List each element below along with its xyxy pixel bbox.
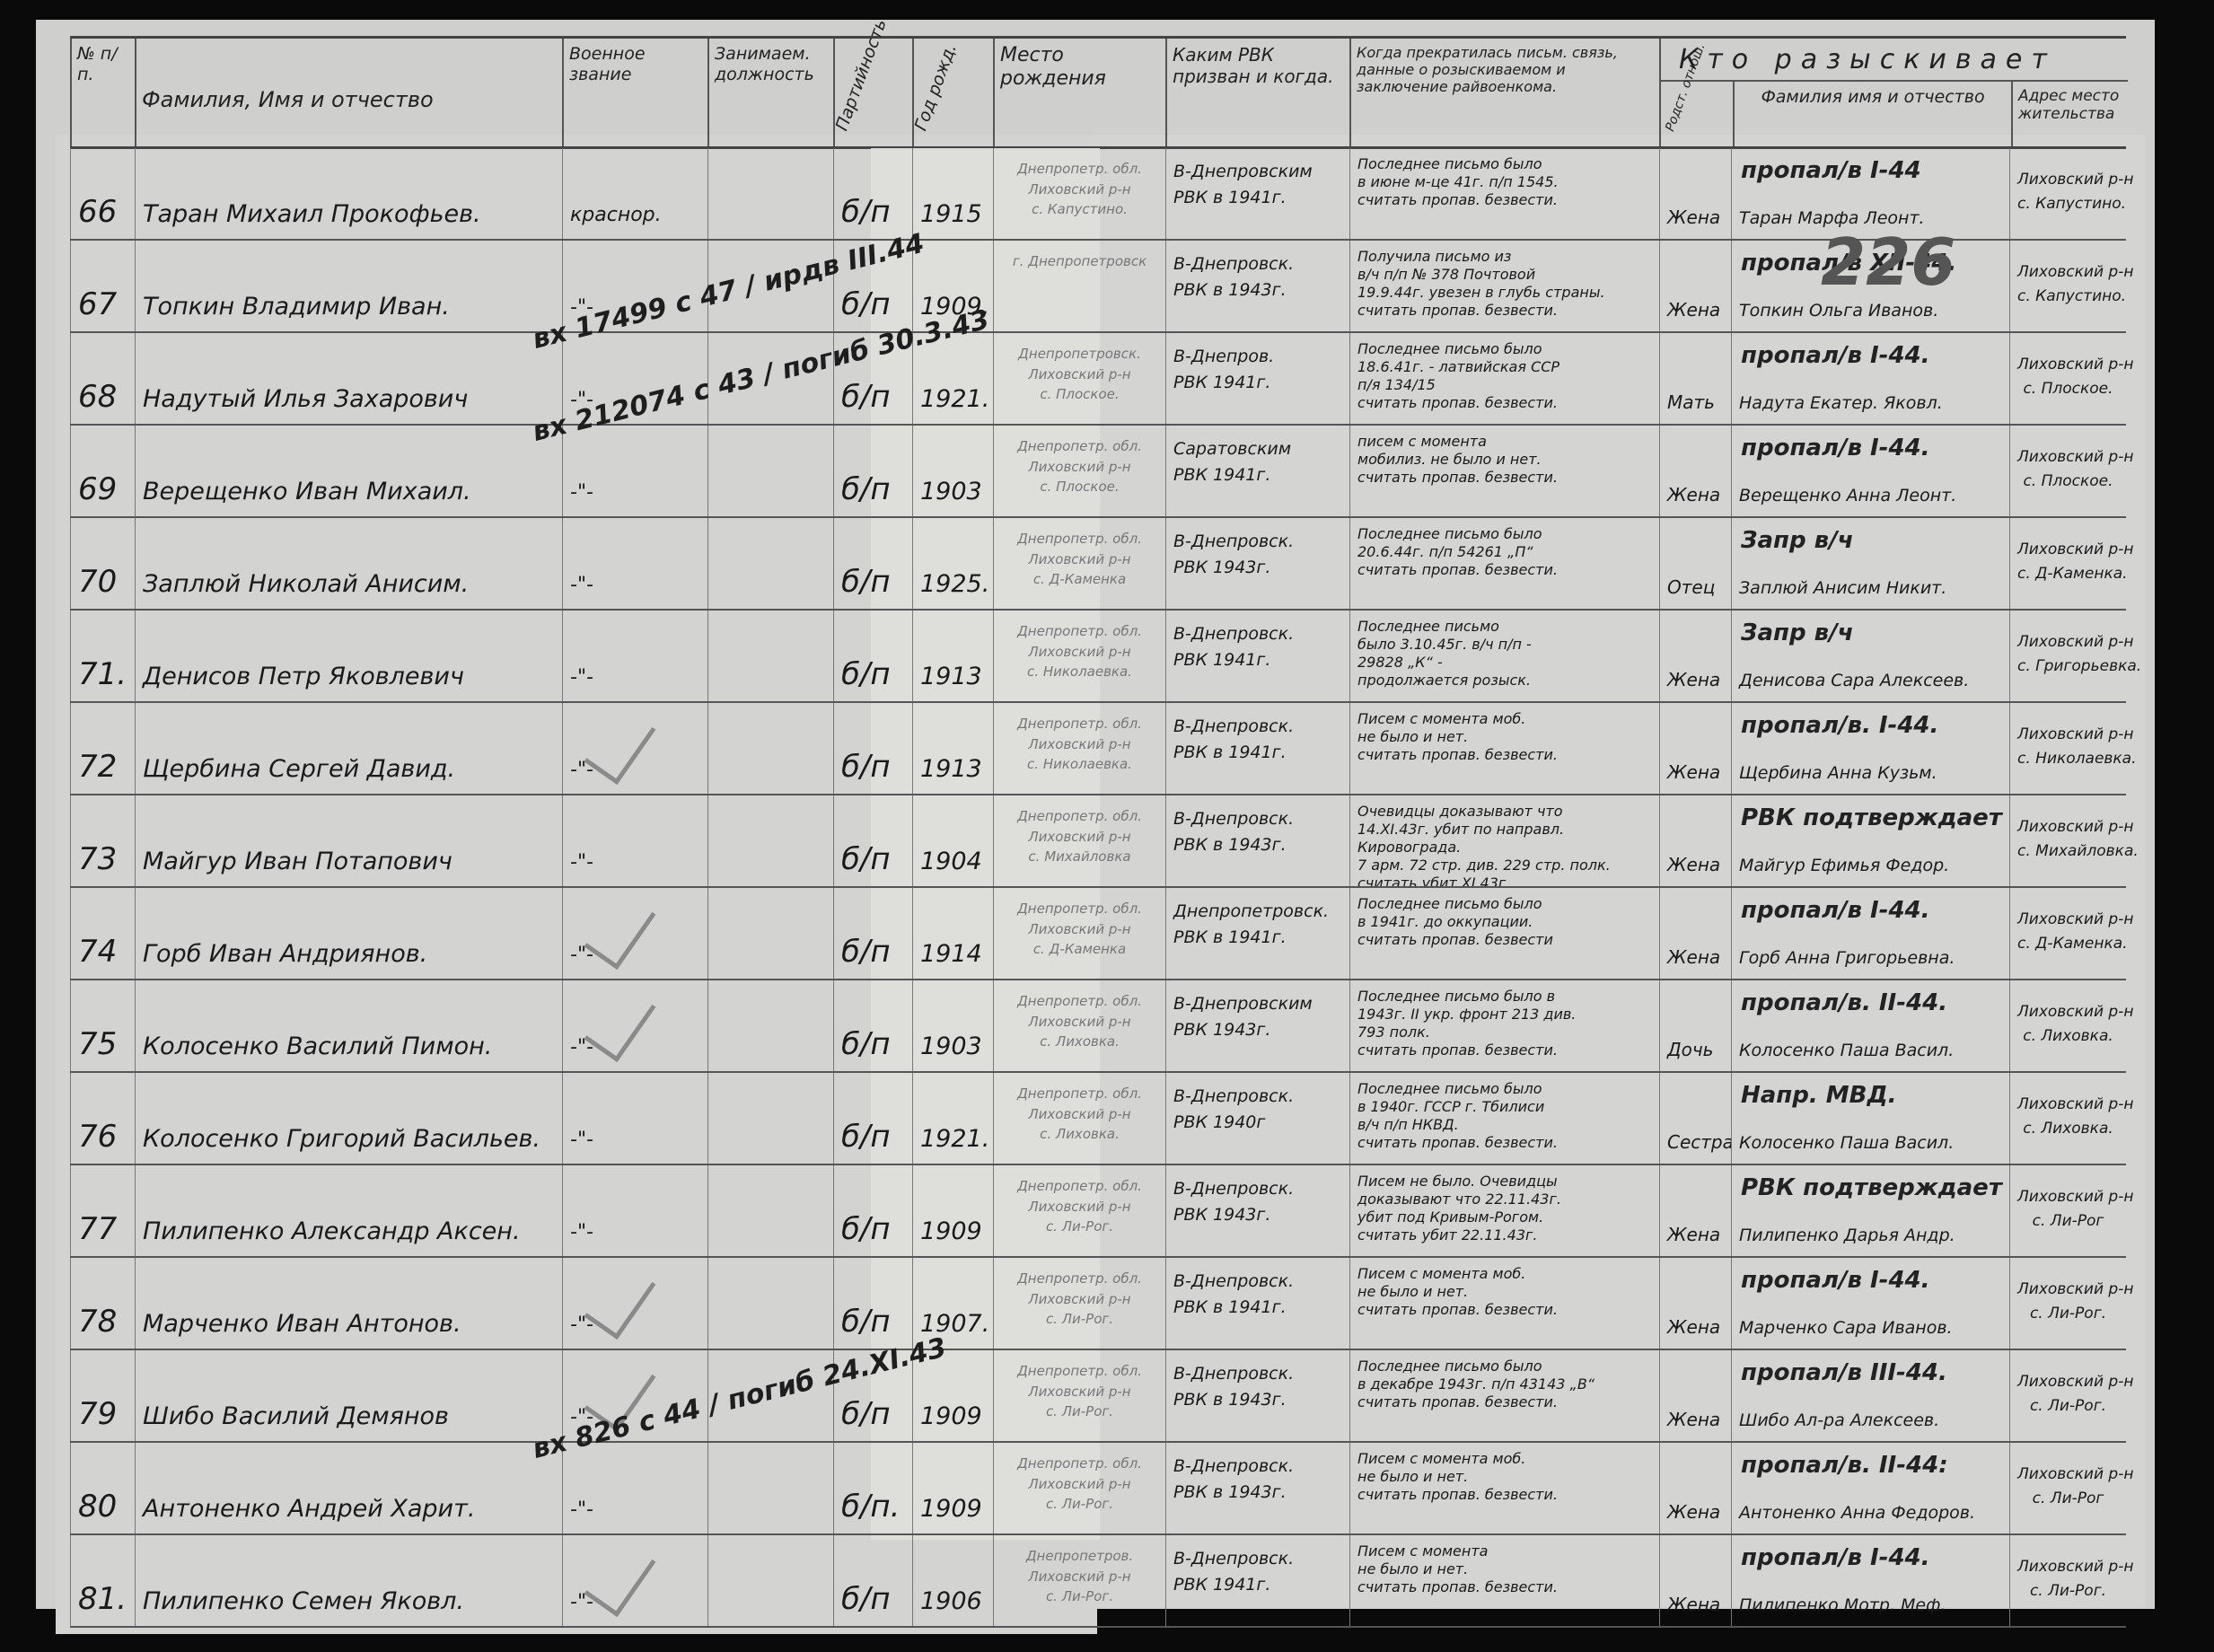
rvk-line: РВК в 1941г. bbox=[1173, 185, 1342, 211]
birthplace-line: Лиховский р-н bbox=[1001, 1197, 1158, 1217]
last-contact-note: Последнее письмо было18.6.41г. - латвийс… bbox=[1349, 333, 1659, 424]
last-line: Очевидцы доказывают что bbox=[1357, 803, 1652, 821]
last-line: Последнее письмо было bbox=[1357, 340, 1652, 358]
birthplace: Днепропетр. обл.Лиховский р-нс. Ли-Рог. bbox=[993, 1165, 1165, 1256]
last-line: в 1941г. до оккупации. bbox=[1357, 913, 1652, 931]
searcher-name: Марченко Сара Иванов. bbox=[1739, 1318, 1953, 1338]
last-line: Писем с момента bbox=[1357, 1542, 1652, 1560]
draft-office: В-ДнепровскимРВК в 1941г. bbox=[1165, 148, 1349, 239]
address-line: Лиховский р-н bbox=[2017, 1555, 2119, 1579]
searcher-address: Лиховский р-нс. Ли-Рог. bbox=[2009, 1350, 2126, 1441]
birth-year: 1913 bbox=[912, 703, 993, 794]
last-line: считать пропав. безвести. bbox=[1357, 394, 1652, 412]
military-rank: краснор. bbox=[562, 148, 707, 239]
search-status-note: Напр. МВД. bbox=[1741, 1082, 1897, 1109]
address-line: с. Лиховка. bbox=[2017, 1024, 2119, 1049]
draft-office: Днепропетровск.РВК в 1941г. bbox=[1165, 888, 1349, 979]
birth-year: 1914 bbox=[912, 888, 993, 979]
searcher-address: Лиховский р-нс. Капустино. bbox=[2009, 241, 2126, 331]
birthplace: Днепропетр. обл.Лиховский р-нс. Николаев… bbox=[993, 611, 1165, 701]
searcher-address: Лиховский р-нс. Ли-Рог bbox=[2009, 1443, 2126, 1533]
rvk-line: РВК в 1943г. bbox=[1173, 277, 1342, 303]
last-contact-note: Последнее письмо былов 1941г. до оккупац… bbox=[1349, 888, 1659, 979]
table-row: 74 Горб Иван Андриянов. -"- б/п 1914 Дне… bbox=[70, 888, 2126, 980]
searcher-relation: Жена bbox=[1659, 703, 1731, 794]
birthplace-line: Днепропетр. обл. bbox=[1001, 621, 1158, 642]
rvk-line: РВК 1941г. bbox=[1173, 1572, 1342, 1598]
last-line: считать пропав. безвести. bbox=[1357, 469, 1652, 487]
last-contact-note: Писем с момента моб.не было и нет.считат… bbox=[1349, 703, 1659, 794]
last-line: мобилиз. не было и нет. bbox=[1357, 451, 1652, 469]
birthplace: г. Днепропетровск bbox=[993, 241, 1165, 331]
table-row: 81. Пилипенко Семен Яковл. -"- б/п 1906 … bbox=[70, 1535, 2126, 1628]
header-relation: Родст. отнош. bbox=[1661, 82, 1733, 146]
last-line: не было и нет. bbox=[1357, 1560, 1652, 1578]
person-name: Антоненко Андрей Харит. bbox=[135, 1443, 562, 1533]
position bbox=[707, 1535, 833, 1626]
rvk-line: РВК 1940г bbox=[1173, 1110, 1342, 1136]
searcher-relation: Жена bbox=[1659, 148, 1731, 239]
birthplace-line: Лиховский р-н bbox=[1001, 180, 1158, 200]
birthplace: Днепропетр. обл.Лиховский р-нс. Ли-Рог. bbox=[993, 1258, 1165, 1349]
last-line: 793 полк. bbox=[1357, 1024, 1652, 1041]
rvk-line: В-Днепровск. bbox=[1173, 1454, 1342, 1480]
searcher-cell: пропал/в. I-44. Щербина Анна Кузьм. bbox=[1731, 703, 2009, 794]
header-kto-razyskivaet: Кто разыскивает bbox=[1661, 39, 2128, 82]
birthplace-line: Днепропетр. обл. bbox=[1001, 1361, 1158, 1382]
searcher-address: Лиховский р-нс. Капустино. bbox=[2009, 148, 2126, 239]
search-status-note: пропал/в. II-44: bbox=[1741, 1452, 1948, 1479]
searcher-name: Пилипенко Дарья Андр. bbox=[1739, 1226, 1955, 1245]
last-line: Последнее письмо было в bbox=[1357, 988, 1652, 1006]
searcher-name: Антоненко Анна Федоров. bbox=[1739, 1503, 1975, 1523]
birthplace-line: с. Ли-Рог. bbox=[1001, 1586, 1158, 1607]
rvk-line: РВК 1943г. bbox=[1173, 1202, 1342, 1228]
position bbox=[707, 148, 833, 239]
birthplace-line: с. Ли-Рог. bbox=[1001, 1217, 1158, 1237]
rvk-line: В-Днепровск. bbox=[1173, 1084, 1342, 1110]
searcher-relation: Жена bbox=[1659, 1258, 1731, 1349]
birth-year: 1903 bbox=[912, 426, 993, 516]
birth-year: 1904 bbox=[912, 795, 993, 886]
draft-office: В-Днепровск.РВК 1940г bbox=[1165, 1073, 1349, 1164]
last-line: п/я 134/15 bbox=[1357, 376, 1652, 394]
address-line: с. Плоское. bbox=[2017, 470, 2119, 494]
page-number-stamp: 226 bbox=[1821, 224, 1955, 300]
last-contact-note: Получила письмо изв/ч п/п № 378 Почтовой… bbox=[1349, 241, 1659, 331]
address-line: с. Ли-Рог. bbox=[2017, 1302, 2119, 1326]
military-rank: -"- bbox=[562, 1443, 707, 1533]
rvk-line: РВК в 1941г. bbox=[1173, 740, 1342, 766]
address-line: Лиховский р-н bbox=[2017, 168, 2119, 192]
birthplace-line: Лиховский р-н bbox=[1001, 1289, 1158, 1310]
position bbox=[707, 980, 833, 1071]
rvk-line: РВК 1941г. bbox=[1173, 647, 1342, 673]
birthplace: Днепропетр. обл.Лиховский р-нс. Лиховка. bbox=[993, 1073, 1165, 1164]
last-line: считать пропав. безвести. bbox=[1357, 1301, 1652, 1319]
rvk-line: В-Днепровск. bbox=[1173, 1546, 1342, 1572]
row-number: 79 bbox=[70, 1350, 135, 1441]
birthplace-line: Днепропетр. обл. bbox=[1001, 1454, 1158, 1474]
birthplace-line: Лиховский р-н bbox=[1001, 1012, 1158, 1032]
last-line: Получила письмо из bbox=[1357, 248, 1652, 266]
last-line: 29828 „К“ - bbox=[1357, 654, 1652, 672]
rvk-line: В-Днепровск. bbox=[1173, 714, 1342, 740]
table-row: 71. Денисов Петр Яковлевич -"- б/п 1913 … bbox=[70, 611, 2126, 703]
party-status: б/п bbox=[833, 611, 912, 701]
party-status: б/п bbox=[833, 980, 912, 1071]
birthplace-line: Днепропетров. bbox=[1001, 1546, 1158, 1567]
searcher-cell: пропал/в. II-44. Колосенко Паша Васил. bbox=[1731, 980, 2009, 1071]
search-status-note: пропал/в I-44. bbox=[1741, 1267, 1930, 1294]
address-line: с. Д-Каменка. bbox=[2017, 932, 2119, 956]
birth-year: 1925. bbox=[912, 518, 993, 609]
rvk-line: В-Днепровск. bbox=[1173, 251, 1342, 277]
last-contact-note: Последнее письмо былов июне м-це 41г. п/… bbox=[1349, 148, 1659, 239]
header-last-contact: Когда прекратилась письм. связь, данные … bbox=[1349, 39, 1659, 146]
person-name: Таран Михаил Прокофьев. bbox=[135, 148, 562, 239]
draft-office: В-Днепровск.РВК в 1943г. bbox=[1165, 795, 1349, 886]
birthplace: Днепропетр. обл.Лиховский р-нс. Ли-Рог. bbox=[993, 1443, 1165, 1533]
header-party: Партийность bbox=[833, 39, 912, 146]
person-name: Колосенко Григорий Васильев. bbox=[135, 1073, 562, 1164]
birthplace: Днепропетр. обл.Лиховский р-нс. Капустин… bbox=[993, 148, 1165, 239]
header-rank: Военное звание bbox=[562, 39, 707, 146]
last-line: было 3.10.45г. в/ч п/п - bbox=[1357, 636, 1652, 654]
last-line: 20.6.44г. п/п 54261 „П“ bbox=[1357, 543, 1652, 561]
party-status: б/п bbox=[833, 1535, 912, 1626]
searcher-cell: пропал/в I-44. Надута Екатер. Яковл. bbox=[1731, 333, 2009, 424]
rvk-line: РВК в 1943г. bbox=[1173, 1480, 1342, 1506]
address-line: Лиховский р-н bbox=[2017, 353, 2119, 377]
position bbox=[707, 1258, 833, 1349]
party-status: б/п bbox=[833, 1258, 912, 1349]
draft-office: В-Днепровск.РВК 1943г. bbox=[1165, 518, 1349, 609]
last-line: Писем с момента моб. bbox=[1357, 1265, 1652, 1283]
last-contact-note: Последнее письмо было20.6.44г. п/п 54261… bbox=[1349, 518, 1659, 609]
last-line: считать пропав. безвести. bbox=[1357, 1393, 1652, 1411]
last-line: в/ч п/п НКВД. bbox=[1357, 1116, 1652, 1134]
table-row: 72 Щербина Сергей Давид. -"- б/п 1913 Дн… bbox=[70, 703, 2126, 795]
table-row: 79 Шибо Василий Демянов -"- б/п 1909 Дне… bbox=[70, 1350, 2126, 1443]
birthplace: Днепропетр. обл.Лиховский р-нс. Плоское. bbox=[993, 426, 1165, 516]
address-line: с. Плоское. bbox=[2017, 377, 2119, 401]
address-line: Лиховский р-н bbox=[2017, 1463, 2119, 1487]
last-line: считать пропав. безвести. bbox=[1357, 1578, 1652, 1596]
row-number: 70 bbox=[70, 518, 135, 609]
search-status-note: пропал/в. II-44. bbox=[1741, 989, 1947, 1016]
searcher-address: Лиховский р-нс. Ли-Рог. bbox=[2009, 1258, 2126, 1349]
search-status-note: пропал/в I-44. bbox=[1741, 435, 1930, 461]
header-address: Адрес место жительства bbox=[2011, 82, 2128, 146]
table-row: 73 Майгур Иван Потапович -"- б/п 1904 Дн… bbox=[70, 795, 2126, 888]
searcher-name: Надута Екатер. Яковл. bbox=[1739, 393, 1943, 413]
birthplace-line: с. Д-Каменка bbox=[1001, 569, 1158, 590]
rvk-line: В-Днепров. bbox=[1173, 344, 1342, 370]
row-number: 68 bbox=[70, 333, 135, 424]
birthplace-line: Лиховский р-н bbox=[1001, 1104, 1158, 1125]
searcher-cell: Запр в/ч Денисова Сара Алексеев. bbox=[1731, 611, 2009, 701]
draft-office: В-Днепровск.РВК в 1943г. bbox=[1165, 1350, 1349, 1441]
searcher-cell: пропал/в I-44. Марченко Сара Иванов. bbox=[1731, 1258, 2009, 1349]
table-row: 76 Колосенко Григорий Васильев. -"- б/п … bbox=[70, 1073, 2126, 1165]
searcher-relation: Дочь bbox=[1659, 980, 1731, 1071]
birthplace-line: Днепропетр. обл. bbox=[1001, 899, 1158, 919]
searcher-name: Пилипенко Мотр. Меф. bbox=[1739, 1595, 1946, 1615]
address-line: с. Григорьевка. bbox=[2017, 655, 2119, 679]
last-contact-note: Писем с моментане было и нет.считать про… bbox=[1349, 1535, 1659, 1626]
birth-year: 1915 bbox=[912, 148, 993, 239]
searcher-name: Шибо Ал-ра Алексеев. bbox=[1739, 1410, 1939, 1430]
searcher-relation: Жена bbox=[1659, 241, 1731, 331]
rvk-line: В-Днепровским bbox=[1173, 991, 1342, 1017]
last-line: Последнее письмо было bbox=[1357, 1358, 1652, 1375]
header-birth-year: Год рожд. bbox=[912, 39, 993, 146]
party-status: б/п bbox=[833, 888, 912, 979]
table-row: 77 Пилипенко Александр Аксен. -"- б/п 19… bbox=[70, 1165, 2126, 1258]
searcher-cell: пропал/в I-44. Горб Анна Григорьевна. bbox=[1731, 888, 2009, 979]
last-contact-note: Последнее письмо было в1943г. II укр. фр… bbox=[1349, 980, 1659, 1071]
party-status: б/п bbox=[833, 518, 912, 609]
searcher-name: Колосенко Паша Васил. bbox=[1739, 1133, 1954, 1153]
searcher-address: Лиховский р-нс. Лиховка. bbox=[2009, 1073, 2126, 1164]
searcher-address: Лиховский р-нс. Лиховка. bbox=[2009, 980, 2126, 1071]
last-line: в июне м-це 41г. п/п 1545. bbox=[1357, 173, 1652, 191]
draft-office: В-Днепров.РВК 1941г. bbox=[1165, 333, 1349, 424]
birthplace-line: с. Плоское. bbox=[1001, 384, 1158, 405]
address-line: Лиховский р-н bbox=[2017, 1093, 2119, 1117]
military-rank: -"- bbox=[562, 611, 707, 701]
rvk-line: В-Днепровск. bbox=[1173, 1269, 1342, 1295]
person-name: Денисов Петр Яковлевич bbox=[135, 611, 562, 701]
birth-year: 1907. bbox=[912, 1258, 993, 1349]
birthplace-line: с. Николаевка. bbox=[1001, 754, 1158, 775]
last-line: считать пропав. безвести. bbox=[1357, 302, 1652, 320]
searcher-name: Майгур Ефимья Федор. bbox=[1739, 856, 1949, 875]
table-row: 68 Надутый Илья Захарович -"- б/п 1921. … bbox=[70, 333, 2126, 426]
last-line: убит под Кривым-Рогом. bbox=[1357, 1208, 1652, 1226]
address-line: с. Д-Каменка. bbox=[2017, 562, 2119, 586]
searcher-address: Лиховский р-нс. Михайловка. bbox=[2009, 795, 2126, 886]
last-line: Последнее письмо было bbox=[1357, 155, 1652, 173]
searcher-address: Лиховский р-нс. Ли-Рог bbox=[2009, 1165, 2126, 1256]
last-line: считать пропав. безвести. bbox=[1357, 746, 1652, 764]
birthplace-line: Лиховский р-н bbox=[1001, 919, 1158, 940]
draft-office: В-Днепровск.РВК 1941г. bbox=[1165, 1535, 1349, 1626]
party-status: б/п bbox=[833, 426, 912, 516]
searcher-cell: пропал/в I-44. Пилипенко Мотр. Меф. bbox=[1731, 1535, 2009, 1626]
last-line: 19.9.44г. увезен в глубь страны. bbox=[1357, 284, 1652, 302]
party-status: б/п bbox=[833, 1073, 912, 1164]
address-line: Лиховский р-н bbox=[2017, 1370, 2119, 1394]
draft-office: В-Днепровск.РВК в 1941г. bbox=[1165, 1258, 1349, 1349]
last-line: Писем не было. Очевидцы bbox=[1357, 1173, 1652, 1191]
draft-office: В-Днепровск.РВК в 1941г. bbox=[1165, 703, 1349, 794]
last-line: не было и нет. bbox=[1357, 1468, 1652, 1486]
last-line: Последнее письмо было bbox=[1357, 1080, 1652, 1098]
birthplace-line: Лиховский р-н bbox=[1001, 1567, 1158, 1587]
row-number: 71. bbox=[70, 611, 135, 701]
last-line: 1943г. II укр. фронт 213 див. bbox=[1357, 1006, 1652, 1024]
last-line: в/ч п/п № 378 Почтовой bbox=[1357, 266, 1652, 284]
header-searcher-name: Фамилия имя и отчество bbox=[1733, 82, 2011, 146]
searcher-relation: Жена bbox=[1659, 426, 1731, 516]
birthplace-line: с. Лиховка. bbox=[1001, 1032, 1158, 1052]
table-row: 66 Таран Михаил Прокофьев. краснор. б/п … bbox=[70, 148, 2126, 241]
rvk-line: РВК 1941г. bbox=[1173, 370, 1342, 396]
address-line: Лиховский р-н bbox=[2017, 630, 2119, 655]
search-status-note: пропал/в. I-44. bbox=[1741, 712, 1938, 739]
address-line: с. Николаевка. bbox=[2017, 747, 2119, 771]
last-contact-note: Последнее письмо былов 1940г. ГССР г. Тб… bbox=[1349, 1073, 1659, 1164]
last-line: считать пропав. безвести. bbox=[1357, 1041, 1652, 1059]
last-line: считать пропав. безвести. bbox=[1357, 1134, 1652, 1152]
birth-year: 1909 bbox=[912, 1165, 993, 1256]
party-status: б/п bbox=[833, 148, 912, 239]
row-number: 75 bbox=[70, 980, 135, 1071]
last-contact-note: Последнее письмо былов декабре 1943г. п/… bbox=[1349, 1350, 1659, 1441]
birth-year: 1913 bbox=[912, 611, 993, 701]
birthplace-line: Лиховский р-н bbox=[1001, 827, 1158, 848]
searcher-relation: Жена bbox=[1659, 1443, 1731, 1533]
last-line: Последнее письмо было bbox=[1357, 895, 1652, 913]
searcher-relation: Жена bbox=[1659, 611, 1731, 701]
rvk-line: В-Днепровск. bbox=[1173, 621, 1342, 647]
birthplace-line: с. Михайловка bbox=[1001, 847, 1158, 867]
searcher-relation: Жена bbox=[1659, 1535, 1731, 1626]
position bbox=[707, 1073, 833, 1164]
person-name: Топкин Владимир Иван. bbox=[135, 241, 562, 331]
searcher-cell: РВК подтверждает гибель Пилипенко Дарья … bbox=[1731, 1165, 2009, 1256]
birthplace-line: Лиховский р-н bbox=[1001, 457, 1158, 478]
birthplace-line: Днепропетр. обл. bbox=[1001, 714, 1158, 734]
row-number: 78 bbox=[70, 1258, 135, 1349]
birthplace-line: Днепропетр. обл. bbox=[1001, 159, 1158, 180]
birthplace-line: Лиховский р-н bbox=[1001, 1474, 1158, 1495]
birthplace-line: с. Ли-Рог. bbox=[1001, 1309, 1158, 1330]
header-rvk: Каким РВК призван и когда. bbox=[1165, 39, 1349, 146]
position bbox=[707, 795, 833, 886]
searcher-name: Верещенко Анна Леонт. bbox=[1739, 486, 1956, 505]
table-row: 67 Топкин Владимир Иван. -"- б/п 1909. г… bbox=[70, 241, 2126, 333]
searcher-cell: РВК подтверждает гибель Майгур Ефимья Фе… bbox=[1731, 795, 2009, 886]
address-line: с. Ли-Рог. bbox=[2017, 1579, 2119, 1604]
person-name: Майгур Иван Потапович bbox=[135, 795, 562, 886]
birthplace-line: Днепропетр. обл. bbox=[1001, 1084, 1158, 1104]
position bbox=[707, 426, 833, 516]
position bbox=[707, 611, 833, 701]
searcher-cell: пропал/в I-44. Верещенко Анна Леонт. bbox=[1731, 426, 2009, 516]
draft-office: СаратовскимРВК 1941г. bbox=[1165, 426, 1349, 516]
birth-year: 1921. bbox=[912, 1073, 993, 1164]
searcher-address: Лиховский р-нс. Д-Каменка. bbox=[2009, 518, 2126, 609]
table-row: 70 Заплюй Николай Анисим. -"- б/п 1925. … bbox=[70, 518, 2126, 611]
search-status-note: пропал/в III-44. bbox=[1741, 1359, 1947, 1386]
searcher-cell: пропал/в III-44. Шибо Ал-ра Алексеев. bbox=[1731, 1350, 2009, 1441]
last-line: считать пропав. безвести. bbox=[1357, 561, 1652, 579]
military-rank: -"- bbox=[562, 795, 707, 886]
last-line: не было и нет. bbox=[1357, 1283, 1652, 1301]
search-status-note: пропал/в I-44. bbox=[1741, 1544, 1930, 1571]
address-line: Лиховский р-н bbox=[2017, 1278, 2119, 1302]
birthplace: Днепропетров.Лиховский р-нс. Ли-Рог. bbox=[993, 1535, 1165, 1626]
address-line: Лиховский р-н bbox=[2017, 1185, 2119, 1209]
row-number: 77 bbox=[70, 1165, 135, 1256]
address-line: с. Капустино. bbox=[2017, 192, 2119, 216]
rvk-line: РВК в 1943г. bbox=[1173, 1387, 1342, 1413]
searcher-name: Щербина Анна Кузьм. bbox=[1739, 763, 1937, 783]
search-status-note: РВК подтверждает гибель bbox=[1741, 804, 2009, 831]
rvk-line: В-Днепровск. bbox=[1173, 1176, 1342, 1202]
rvk-line: РВК в 1941г. bbox=[1173, 925, 1342, 951]
birthplace-line: г. Днепропетровск bbox=[1001, 251, 1158, 272]
address-line: Лиховский р-н bbox=[2017, 260, 2119, 285]
person-name: Надутый Илья Захарович bbox=[135, 333, 562, 424]
birthplace-line: Днепропетровск. bbox=[1001, 344, 1158, 365]
birthplace: Днепропетр. обл.Лиховский р-нс. Д-Каменк… bbox=[993, 888, 1165, 979]
address-line: Лиховский р-н bbox=[2017, 445, 2119, 470]
birthplace-line: с. Д-Каменка bbox=[1001, 939, 1158, 960]
last-line: считать убит XI.43г. bbox=[1357, 874, 1652, 886]
party-status: б/п bbox=[833, 795, 912, 886]
row-number: 72 bbox=[70, 703, 135, 794]
party-status: б/п bbox=[833, 703, 912, 794]
position bbox=[707, 703, 833, 794]
rvk-line: РВК в 1943г. bbox=[1173, 832, 1342, 858]
birthplace-line: Днепропетр. обл. bbox=[1001, 436, 1158, 457]
last-line: не было и нет. bbox=[1357, 728, 1652, 746]
birthplace-line: Днепропетр. обл. bbox=[1001, 1176, 1158, 1197]
birthplace-line: с. Плоское. bbox=[1001, 477, 1158, 497]
rvk-line: Саратовским bbox=[1173, 436, 1342, 462]
birthplace-line: с. Ли-Рог. bbox=[1001, 1402, 1158, 1422]
person-name: Верещенко Иван Михаил. bbox=[135, 426, 562, 516]
rvk-line: В-Днепровским bbox=[1173, 159, 1342, 185]
birthplace-line: Лиховский р-н bbox=[1001, 1382, 1158, 1402]
header-birthplace: Место рождения bbox=[993, 39, 1165, 146]
military-rank: -"- bbox=[562, 1073, 707, 1164]
position bbox=[707, 1165, 833, 1256]
last-contact-note: Очевидцы доказывают что14.XI.43г. убит п… bbox=[1349, 795, 1659, 886]
searcher-relation: Жена bbox=[1659, 795, 1731, 886]
rvk-line: Днепропетровск. bbox=[1173, 899, 1342, 925]
rvk-line: РВК в 1941г. bbox=[1173, 1295, 1342, 1321]
last-line: в 1940г. ГССР г. Тбилиси bbox=[1357, 1098, 1652, 1116]
birthplace: Днепропетр. обл.Лиховский р-нс. Николаев… bbox=[993, 703, 1165, 794]
row-number: 74 bbox=[70, 888, 135, 979]
rvk-line: В-Днепровск. bbox=[1173, 1361, 1342, 1387]
draft-office: В-ДнепровскимРВК 1943г. bbox=[1165, 980, 1349, 1071]
searcher-name: Заплюй Анисим Никит. bbox=[1739, 578, 1946, 598]
searcher-relation: Жена bbox=[1659, 1165, 1731, 1256]
draft-office: В-Днепровск.РВК в 1943г. bbox=[1165, 241, 1349, 331]
row-number: 66 bbox=[70, 148, 135, 239]
person-name: Колосенко Василий Пимон. bbox=[135, 980, 562, 1071]
address-line: Лиховский р-н bbox=[2017, 815, 2119, 839]
birthplace-line: Лиховский р-н bbox=[1001, 549, 1158, 570]
position bbox=[707, 888, 833, 979]
address-line: Лиховский р-н bbox=[2017, 1000, 2119, 1024]
searcher-address: Лиховский р-нс. Плоское. bbox=[2009, 426, 2126, 516]
searcher-address: Лиховский р-нс. Григорьевка. bbox=[2009, 611, 2126, 701]
person-name: Пилипенко Александр Аксен. bbox=[135, 1165, 562, 1256]
birthplace-line: Днепропетр. обл. bbox=[1001, 529, 1158, 549]
row-number: 67 bbox=[70, 241, 135, 331]
row-number: 81. bbox=[70, 1535, 135, 1626]
rvk-line: В-Днепровск. bbox=[1173, 806, 1342, 832]
address-line: Лиховский р-н bbox=[2017, 908, 2119, 932]
searcher-name: Колосенко Паша Васил. bbox=[1739, 1041, 1954, 1060]
